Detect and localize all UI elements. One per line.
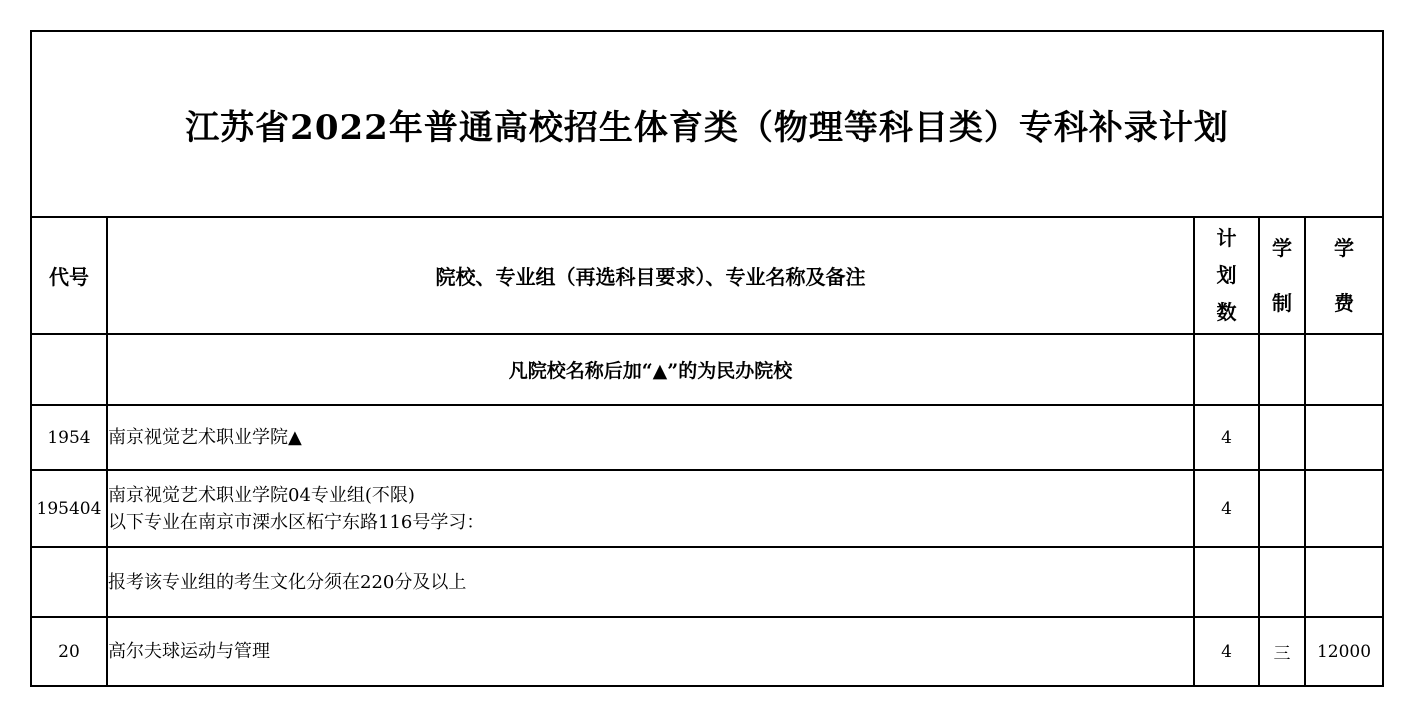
name-cell: 南京视觉艺术职业学院▲ <box>107 405 1194 470</box>
code-cell: 20 <box>31 617 107 686</box>
column-header-name: 院校、专业组（再选科目要求）、专业名称及备注 <box>107 217 1194 334</box>
code-cell: 1954 <box>31 405 107 470</box>
tuition-cell: 12000 <box>1305 617 1383 686</box>
note-plan-cell <box>1194 334 1259 405</box>
column-header-tuition: 学 费 <box>1305 217 1383 334</box>
tuition-cell <box>1305 405 1383 470</box>
plan-count-cell: 4 <box>1194 617 1259 686</box>
plan-count-cell: 4 <box>1194 405 1259 470</box>
duration-cell <box>1259 470 1305 547</box>
table-row-major: 20 高尔夫球运动与管理 4 三 12000 <box>31 617 1383 686</box>
note-code-cell <box>31 334 107 405</box>
note-duration-cell <box>1259 334 1305 405</box>
duration-cell <box>1259 547 1305 617</box>
note-tuition-cell <box>1305 334 1383 405</box>
title-cell: 江苏省2022年普通高校招生体育类（物理等科目类）专科补录计划 <box>31 31 1383 217</box>
note-row: 凡院校名称后加“▲”的为民办院校 <box>31 334 1383 405</box>
table-row-requirement: 报考该专业组的考生文化分须在220分及以上 <box>31 547 1383 617</box>
plan-count-cell: 4 <box>1194 470 1259 547</box>
duration-cell: 三 <box>1259 617 1305 686</box>
admission-plan-table: 江苏省2022年普通高校招生体育类（物理等科目类）专科补录计划 代号 院校、专业… <box>30 30 1384 687</box>
table-row-major-group: 195404 南京视觉艺术职业学院04专业组(不限) 以下专业在南京市溧水区柘宁… <box>31 470 1383 547</box>
code-cell: 195404 <box>31 470 107 547</box>
name-cell: 高尔夫球运动与管理 <box>107 617 1194 686</box>
name-cell: 南京视觉艺术职业学院04专业组(不限) 以下专业在南京市溧水区柘宁东路116号学… <box>107 470 1194 547</box>
private-college-note: 凡院校名称后加“▲”的为民办院校 <box>107 334 1194 405</box>
column-header-duration: 学 制 <box>1259 217 1305 334</box>
column-header-code: 代号 <box>31 217 107 334</box>
duration-cell <box>1259 405 1305 470</box>
document-title: 江苏省2022年普通高校招生体育类（物理等科目类）专科补录计划 <box>185 108 1229 148</box>
tuition-cell <box>1305 547 1383 617</box>
name-cell: 报考该专业组的考生文化分须在220分及以上 <box>107 547 1194 617</box>
plan-count-cell <box>1194 547 1259 617</box>
table-row-college: 1954 南京视觉艺术职业学院▲ 4 <box>31 405 1383 470</box>
code-cell <box>31 547 107 617</box>
document-page: 江苏省2022年普通高校招生体育类（物理等科目类）专科补录计划 代号 院校、专业… <box>0 0 1412 716</box>
header-row: 代号 院校、专业组（再选科目要求）、专业名称及备注 计 划 数 学 制 学 费 <box>31 217 1383 334</box>
tuition-cell <box>1305 470 1383 547</box>
column-header-plan-count: 计 划 数 <box>1194 217 1259 334</box>
title-row: 江苏省2022年普通高校招生体育类（物理等科目类）专科补录计划 <box>31 31 1383 217</box>
